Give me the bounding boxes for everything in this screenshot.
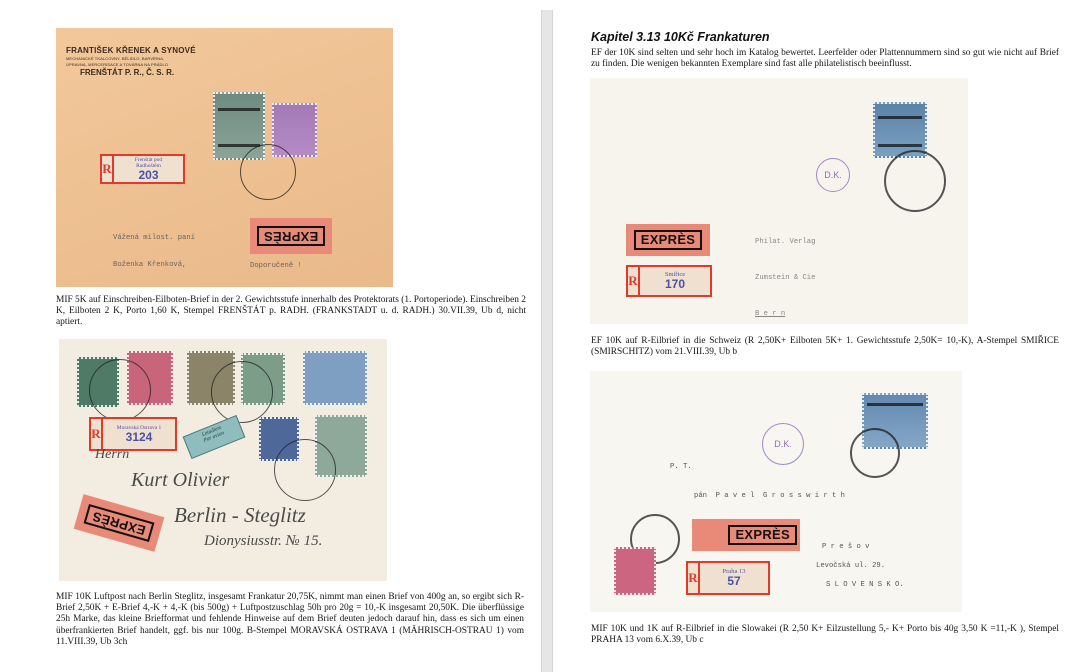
postmark-2 (211, 361, 273, 423)
page-divider (541, 10, 553, 672)
postmark-praha-1 (850, 428, 900, 478)
airmail-label: Letadlem Par avion (183, 415, 246, 459)
expres-label: EXPRÈS (692, 519, 800, 551)
expres-label: EXPRÈS (626, 224, 710, 256)
registration-label: R Smiřice 170 (626, 265, 712, 297)
dk-censor-mark: D.K. (762, 423, 804, 465)
letterhead-line2: ÚPRAVNA, MERCERISACE A TOVÁRNA NA PRÁDLO (66, 62, 196, 67)
postmark-smirice (884, 150, 946, 212)
chapter-title: Kapitel 3.13 10Kč Frankaturen (591, 30, 770, 44)
letterhead-company: FRANTIŠEK KŘENEK A SYNOVÉ (66, 46, 196, 55)
r-letter: R (628, 267, 640, 295)
stamp-5 (303, 351, 367, 405)
postmark-frenstat (240, 144, 296, 200)
address-country: S L O V E N S K O. (826, 581, 904, 590)
caption-cover4: MIF 10K und 1K auf R-Eilbrief in die Slo… (591, 624, 1059, 646)
address-street: Dionysiusstr. № 15. (204, 533, 322, 550)
r-letter: R (688, 563, 700, 593)
address-city: P r e š o v (822, 543, 869, 552)
caption-cover1: MIF 5K auf Einschreiben-Eilboten-Brief i… (56, 295, 526, 329)
caption-cover2: MIF 10K Luftpost nach Berlin Steglitz, i… (56, 592, 524, 648)
address-name: pán P a v e l G r o s s w i r t h (694, 492, 845, 501)
cover-image-smirice: D.K. EXPRÈS R Smiřice 170 Philat. Verlag… (590, 78, 968, 324)
r-number: 57 (727, 575, 740, 588)
r-letter: R (102, 156, 114, 182)
letterhead-line1: MECHANICKÉ TKALCOVNY, BĚLIDLO, BARVÍRNA, (66, 56, 196, 61)
r-office: Frenštát pod Radhoštěm (124, 157, 174, 169)
chapter-intro: EF der 10K sind selten und sehr hoch im … (591, 48, 1059, 70)
postmark-3 (274, 439, 336, 501)
r-number: 3124 (126, 431, 153, 444)
dk-censor-mark: D.K. (816, 158, 850, 192)
cover-image-frenstat: FRANTIŠEK KŘENEK A SYNOVÉ MECHANICKÉ TKA… (56, 28, 393, 287)
cover-image-praha: D.K. EXPRÈS R Praha 13 57 P. T. pán P a … (590, 371, 962, 612)
address-block: Vážená milost. paní Boženka Křenková, u … (113, 215, 195, 287)
expres-label: EXPRÈS (74, 494, 165, 552)
letterhead-city: FRENŠTÁT P. R., Č. S. R. (80, 68, 196, 77)
r-letter: R (91, 419, 103, 449)
registration-label: R Frenštát pod Radhoštěm 203 (100, 154, 185, 184)
stamp-1k (614, 547, 656, 595)
r-number: 170 (665, 278, 685, 291)
address-herrn: Herrn (95, 447, 129, 463)
caption-cover3: EF 10K auf R-Eilbrief in die Schweiz (R … (591, 336, 1059, 358)
registration-label: R Praha 13 57 (686, 561, 770, 595)
address-block: Philat. Verlag Zumstein & Cie B e r n Ma… (755, 212, 820, 324)
letterhead: FRANTIŠEK KŘENEK A SYNOVÉ MECHANICKÉ TKA… (66, 46, 196, 77)
address-city: Berlin - Steglitz (174, 503, 306, 528)
address-pt: P. T. (670, 463, 692, 472)
registration-label: R Moravská Ostrava 1 3124 (89, 417, 177, 451)
r-number: 203 (138, 169, 158, 182)
address-street: Levočská ul. 29. (816, 562, 885, 571)
address-name: Kurt Olivier (131, 469, 229, 492)
expres-label: EXPRÈS (250, 218, 332, 254)
note-doporucene: Doporučeně ! (250, 262, 302, 271)
cover-image-berlin: R Moravská Ostrava 1 3124 Letadlem Par a… (59, 339, 387, 581)
postmark-1 (89, 359, 151, 421)
